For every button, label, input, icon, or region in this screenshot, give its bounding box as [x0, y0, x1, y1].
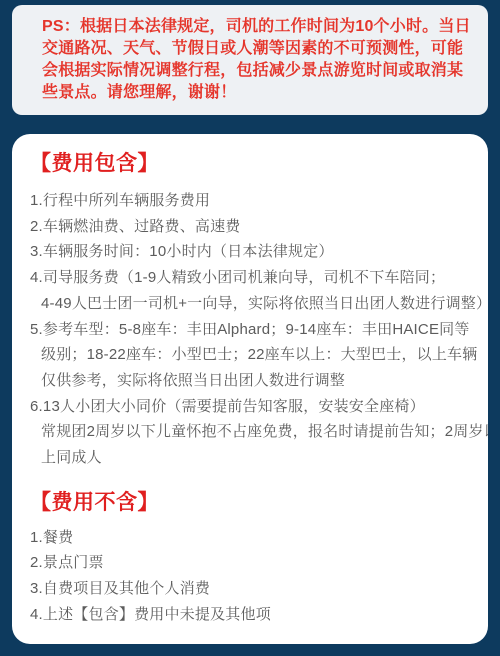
notice-text-line: PS：根据日本法律规定，司机的工作时间为10个小时。当日 — [42, 16, 462, 38]
notice-text-line: 些景点。请您理解，谢谢！ — [42, 82, 462, 104]
list-line: 级别；18-22座车：小型巴士；22座车以上：大型巴士，以上车辆 — [30, 342, 472, 368]
fees-card: 【费用包含】 1.行程中所列车辆服务费用 2.车辆燃油费、过路费、高速费 3.车… — [12, 134, 488, 644]
list-line: 4.上述【包含】费用中未提及其他项 — [30, 602, 472, 628]
notice-card: PS：根据日本法律规定，司机的工作时间为10个小时。当日 交通路况、天气、节假日… — [12, 5, 488, 115]
list-line: 上同成人 — [30, 445, 472, 471]
list-line: 常规团2周岁以下儿童怀抱不占座免费，报名时请提前告知；2周岁以 — [30, 419, 472, 445]
list-line: 5.参考车型：5-8座车：丰田Alphard；9-14座车：丰田HAICE同等 — [30, 317, 472, 343]
list-line: 仅供参考，实际将依照当日出团人数进行调整 — [30, 368, 472, 394]
list-line: 1.餐费 — [30, 525, 472, 551]
list-line: 3.车辆服务时间：10小时内（日本法律规定） — [30, 239, 472, 265]
list-line: 1.行程中所列车辆服务费用 — [30, 188, 472, 214]
list-line: 2.景点门票 — [30, 550, 472, 576]
notice-text-line: 交通路况、天气、节假日或人潮等因素的不可预测性，可能 — [42, 38, 462, 60]
fees-excluded-title: 【费用不含】 — [30, 489, 472, 517]
notice-text-line: 会根据实际情况调整行程，包括减少景点游览时间或取消某 — [42, 60, 462, 82]
list-line: 3.自费项目及其他个人消费 — [30, 576, 472, 602]
list-line: 4.司导服务费（1-9人精致小团司机兼向导，司机不下车陪同； — [30, 265, 472, 291]
fees-included-title: 【费用包含】 — [30, 150, 472, 178]
list-line: 6.13人小团大小同价（需要提前告知客服，安装安全座椅） — [30, 394, 472, 420]
list-line: 4-49人巴士团一司机+一向导，实际将依照当日出团人数进行调整） — [30, 291, 472, 317]
list-line: 2.车辆燃油费、过路费、高速费 — [30, 214, 472, 240]
